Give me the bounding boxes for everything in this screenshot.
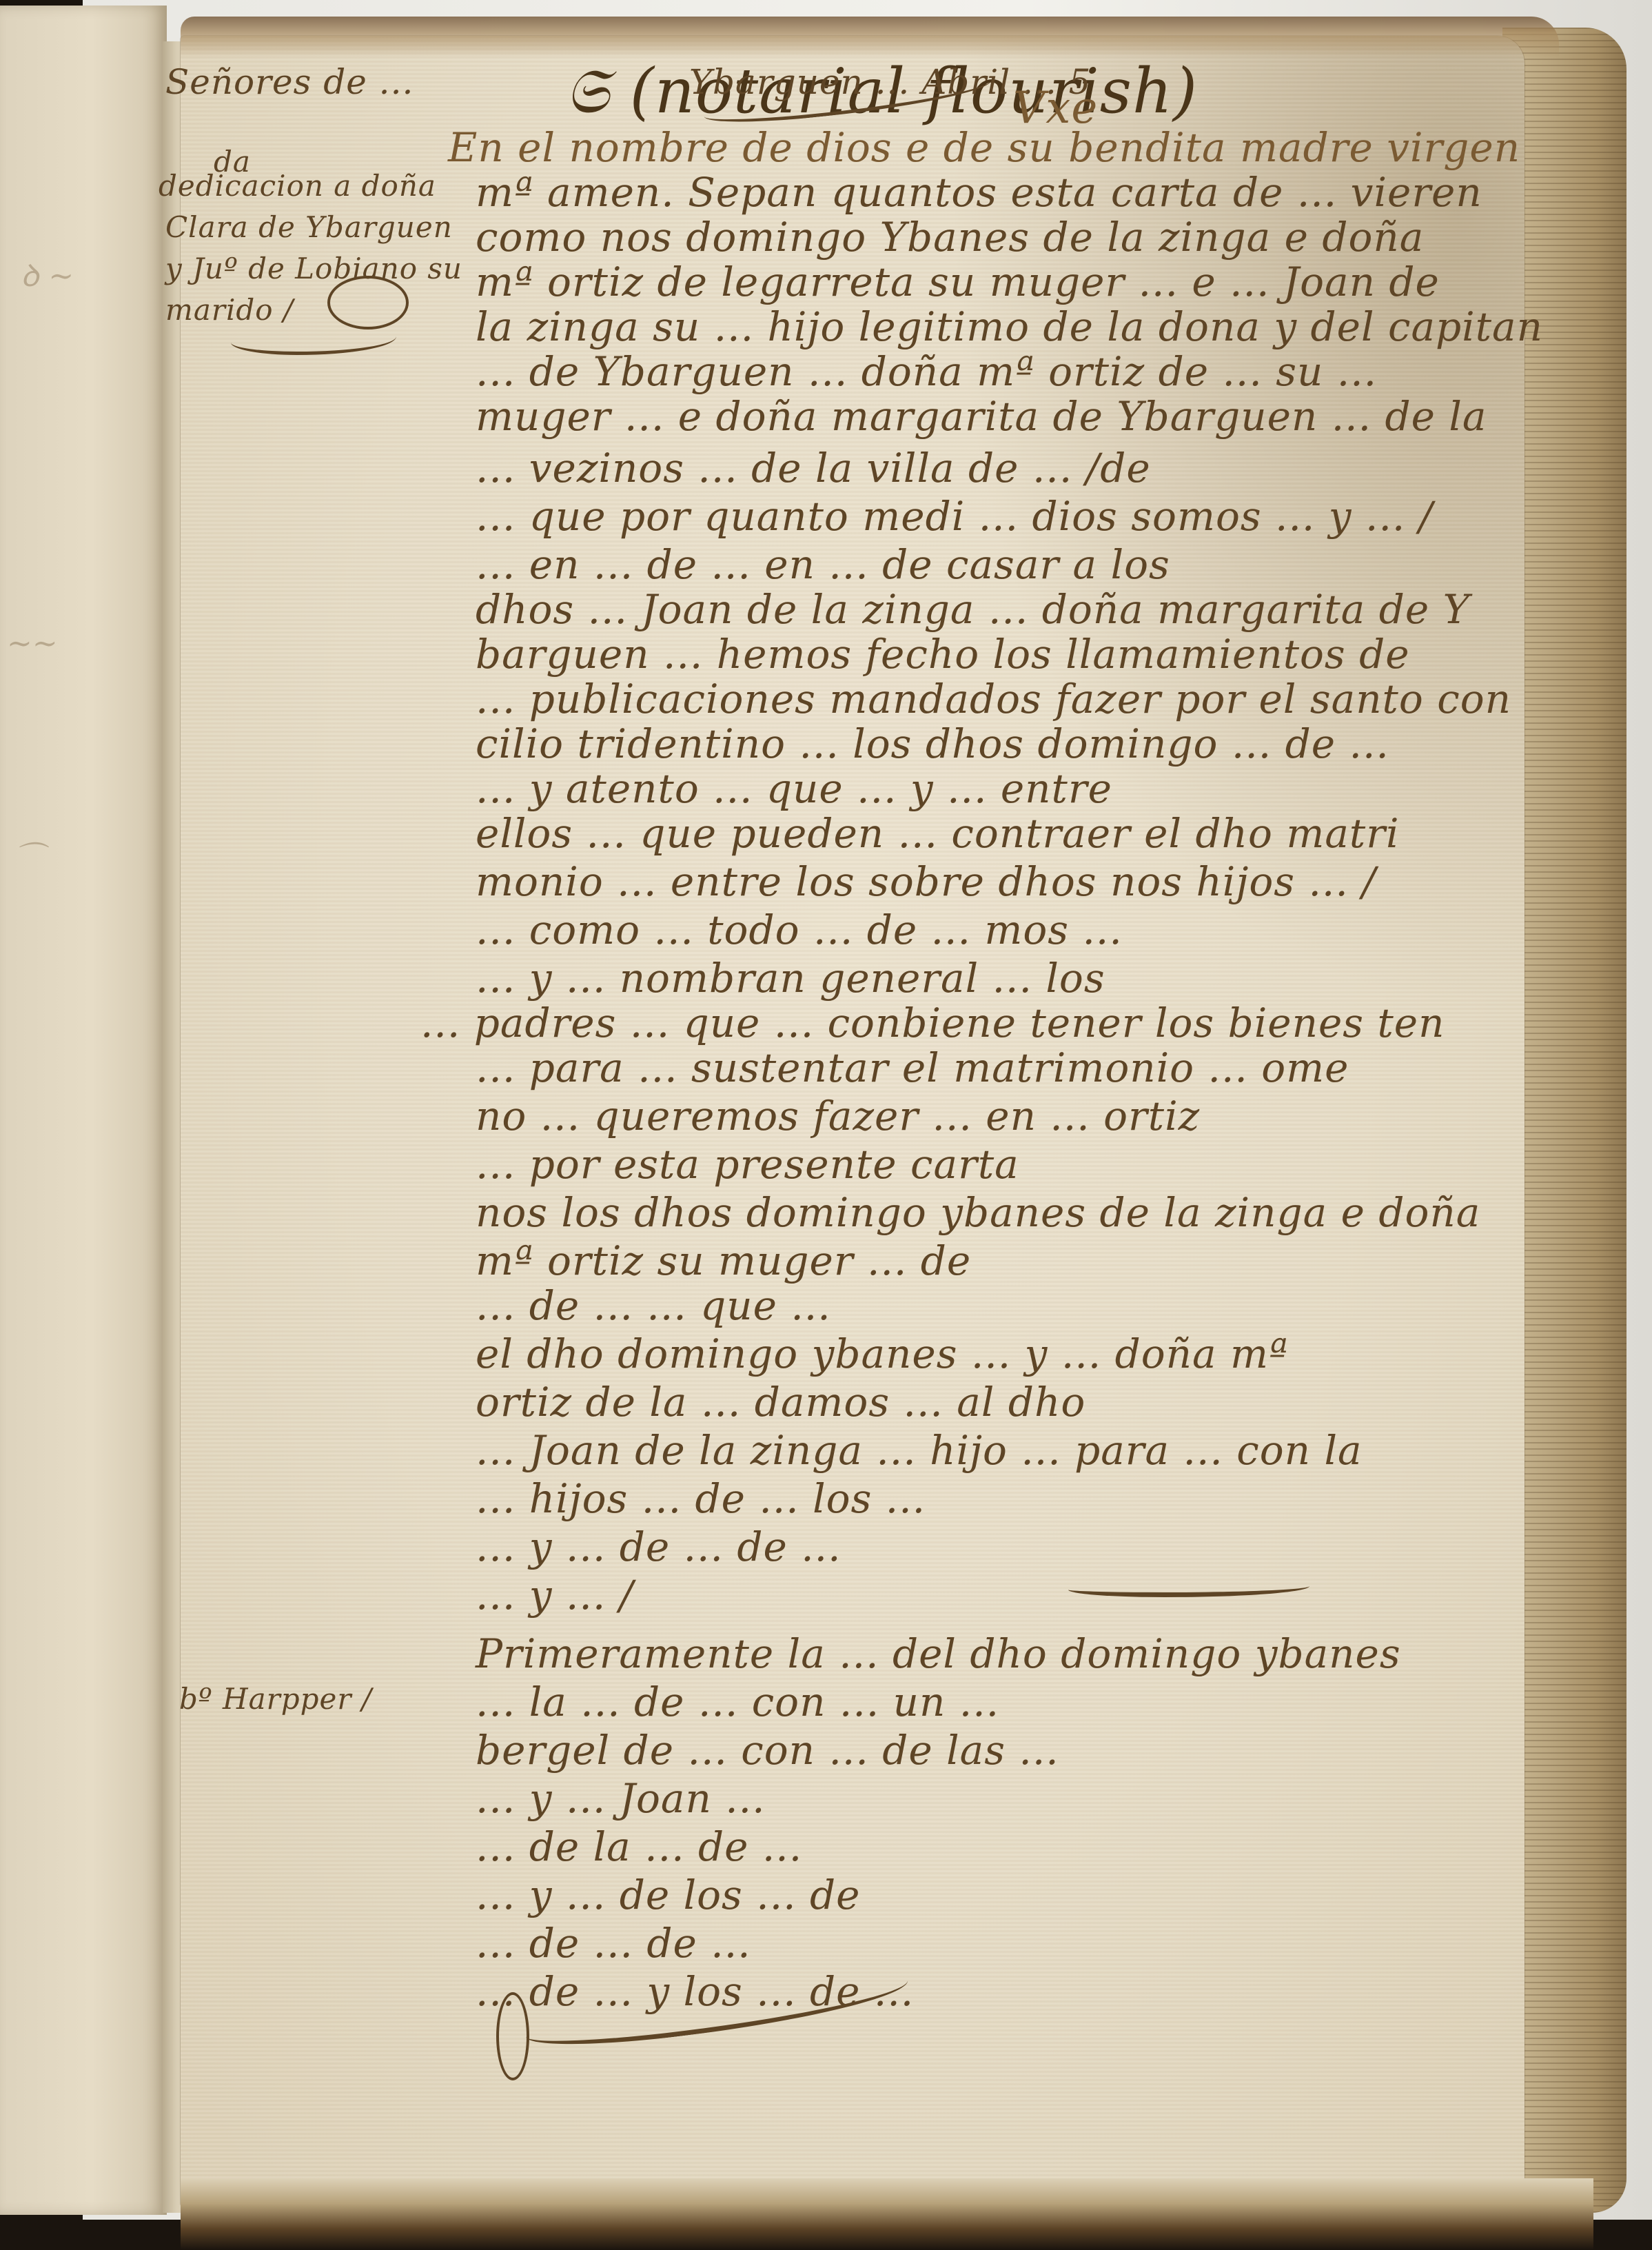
body-line: ... de ... ... que ... (476, 1286, 831, 1326)
facing-page-edge: ꝺ ~ ~~ ⌒ (0, 6, 167, 2215)
body-line: barguen ... hemos fecho los llamamientos… (476, 634, 1410, 674)
body-line: ... la ... de ... con ... un ... (476, 1682, 999, 1722)
rubric-icon (327, 276, 409, 330)
margin-note-line: y Juº de Lobiano su (165, 252, 462, 285)
body-line: como nos domingo Ybanes de la zinga e do… (476, 217, 1424, 257)
body-line: ... en ... de ... en ... de casar a los (476, 545, 1170, 585)
body-line: ... por esta presente carta (476, 1144, 1019, 1184)
body-line: muger ... e doña margarita de Ybarguen .… (476, 396, 1487, 436)
bleed-through-text: ꝺ ~ (21, 254, 74, 295)
body-line: bergel de ... con ... de las ... (476, 1730, 1059, 1770)
body-line: En el nombre de dios e de su bendita mad… (448, 128, 1520, 168)
body-line: no ... queremos fazer ... en ... ortiz (476, 1096, 1200, 1136)
body-line: el dho domingo ybanes ... y ... doña mª (476, 1334, 1289, 1374)
header-left: Señores de ... (165, 62, 414, 102)
body-line: ... de la ... de ... (476, 1827, 802, 1867)
body-line: ortiz de la ... damos ... al dho (476, 1382, 1085, 1422)
body-line: ... vezinos ... de la villa de ... /de (476, 448, 1151, 488)
body-line: cilio tridentino ... los dhos domingo ..… (476, 724, 1389, 764)
closing-rubric-icon (496, 1992, 529, 2080)
body-line: ... y ... nombran general ... los (476, 958, 1105, 998)
body-line: ... y ... / (476, 1575, 633, 1615)
body-line: ... y atento ... que ... y ... entre (476, 769, 1112, 809)
body-line: ... hijos ... de ... los ... (476, 1479, 926, 1519)
body-line: ellos ... que pueden ... contraer el dho… (476, 813, 1400, 853)
body-line: ... como ... todo ... de ... mos ... (476, 910, 1123, 950)
body-line: mª ortiz su muger ... de (476, 1241, 971, 1281)
body-line: ... Joan de la zinga ... hijo ... para .… (476, 1430, 1363, 1470)
page-top-edge (181, 17, 1559, 58)
body-line: monio ... entre los sobre dhos nos hijos… (476, 862, 1376, 902)
margin-note-line: dedicacion a doña (159, 169, 436, 203)
body-line: Primeramente la ... del dho domingo yban… (476, 1634, 1401, 1674)
bleed-through-text: ~~ (7, 626, 58, 661)
body-line: mª amen. Sepan quantos esta carta de ...… (476, 172, 1482, 212)
body-line: ... de Ybarguen ... doña mª ortiz de ...… (476, 352, 1377, 392)
body-line: nos los dhos domingo ybanes de la zinga … (476, 1193, 1480, 1233)
body-line: mª ortiz de legarreta su muger ... e ...… (476, 262, 1440, 302)
margin-note-lower: bº Harpper / (179, 1682, 372, 1716)
margin-note-line: marido / (165, 293, 294, 327)
body-line: dhos ... Joan de la zinga ... doña marga… (476, 589, 1470, 629)
body-line: ... y ... de los ... de (476, 1875, 860, 1915)
margin-note-line: Clara de Ybarguen (165, 210, 453, 244)
body-line: ... que por quanto medi ... dios somos .… (476, 496, 1433, 536)
body-line: ... publicaciones mandados fazer por el … (476, 679, 1511, 719)
body-line: ... y ... de ... de ... (476, 1527, 842, 1567)
body-line: ... para ... sustentar el matrimonio ...… (476, 1048, 1349, 1088)
bleed-through-text: ⌒ (14, 833, 44, 877)
body-line: ... y ... Joan ... (476, 1778, 766, 1818)
body-line: ... de ... de ... (476, 1923, 751, 1963)
body-line: la zinga su ... hijo legitimo de la dona… (476, 307, 1543, 347)
page-bottom-edge (181, 2178, 1593, 2250)
body-line: ... padres ... que ... conbiene tener lo… (420, 1003, 1445, 1043)
